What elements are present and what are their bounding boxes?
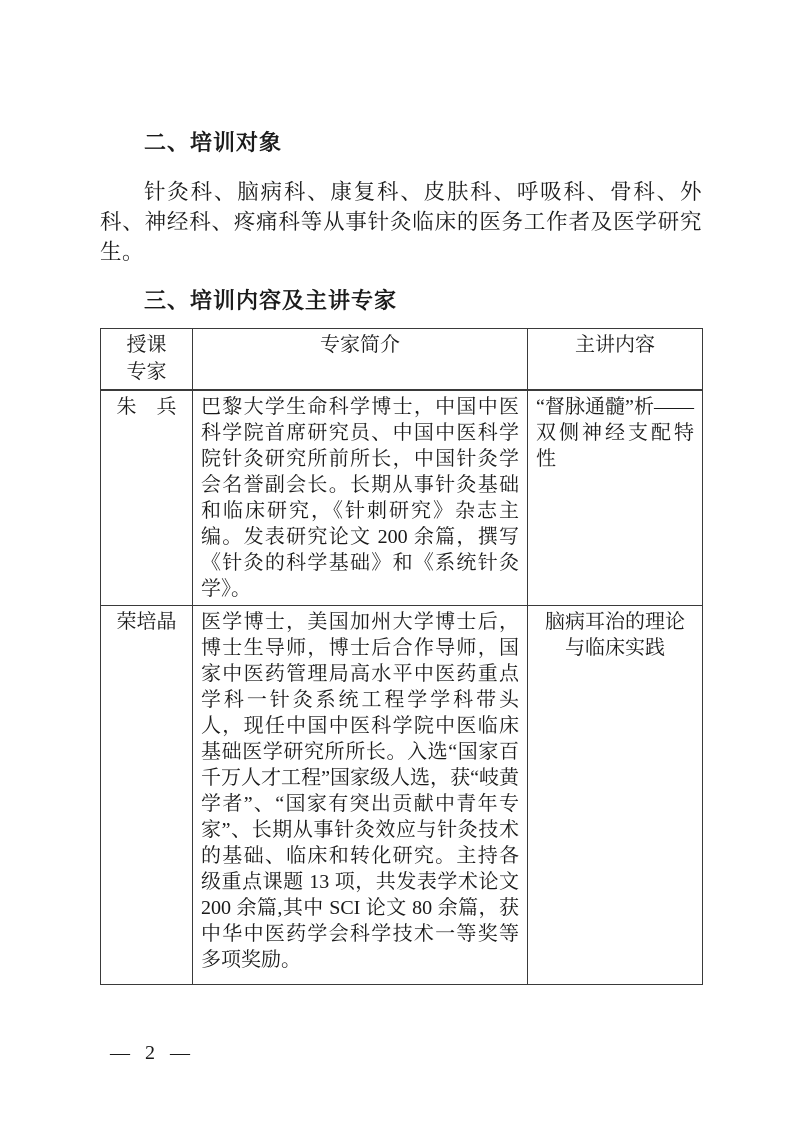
page-number: — 2 — <box>110 1043 195 1063</box>
section-heading-training-content: 三、培训内容及主讲专家 <box>100 288 702 313</box>
section-heading-training-targets: 二、培训对象 <box>100 130 702 155</box>
experts-table-header: 授课 专家 专家简介 主讲内容 <box>101 329 703 391</box>
header-cell-bio: 专家简介 <box>193 329 528 391</box>
page-content: 二、培训对象 针灸科、脑病科、康复科、皮肤科、呼吸科、骨科、外科、神经科、疼痛科… <box>100 130 702 985</box>
expert-bio-cell: 巴黎大学生命科学博士，中国中医科学院首席研究员、中国中医科学院针灸研究所前所长，… <box>193 390 528 606</box>
expert-name-cell: 朱 兵 <box>101 390 193 606</box>
header-label-bio: 专家简介 <box>320 334 400 356</box>
header-cell-topic: 主讲内容 <box>528 329 703 391</box>
header-label-topic: 主讲内容 <box>575 334 655 356</box>
training-targets-paragraph: 针灸科、脑病科、康复科、皮肤科、呼吸科、骨科、外科、神经科、疼痛科等从事针灸临床… <box>100 177 702 267</box>
header-label-expert: 授课 专家 <box>127 334 167 383</box>
header-cell-expert: 授课 专家 <box>101 329 193 391</box>
experts-table-body: 朱 兵 巴黎大学生命科学博士，中国中医科学院首席研究员、中国中医科学院针灸研究所… <box>101 390 703 985</box>
experts-table: 授课 专家 专家简介 主讲内容 朱 兵 巴黎大学生命科学博士，中国中医科学院首席… <box>100 328 703 985</box>
document-page: 二、培训对象 针灸科、脑病科、康复科、皮肤科、呼吸科、骨科、外科、神经科、疼痛科… <box>0 0 800 1131</box>
expert-bio-cell: 医学博士，美国加州大学博士后，博士生导师，博士后合作导师，国家中医药管理局高水平… <box>193 606 528 985</box>
header-row: 授课 专家 专家简介 主讲内容 <box>101 329 703 391</box>
expert-topic-cell: 脑病耳治的理论与临床实践 <box>528 606 703 985</box>
expert-topic-cell: “督脉通髓”析——双侧神经支配特性 <box>528 390 703 606</box>
table-row-rongpeijing: 荣培晶 医学博士，美国加州大学博士后，博士生导师，博士后合作导师，国家中医药管理… <box>101 606 703 985</box>
table-row-zhubing: 朱 兵 巴黎大学生命科学博士，中国中医科学院首席研究员、中国中医科学院针灸研究所… <box>101 390 703 606</box>
expert-name-cell: 荣培晶 <box>101 606 193 985</box>
